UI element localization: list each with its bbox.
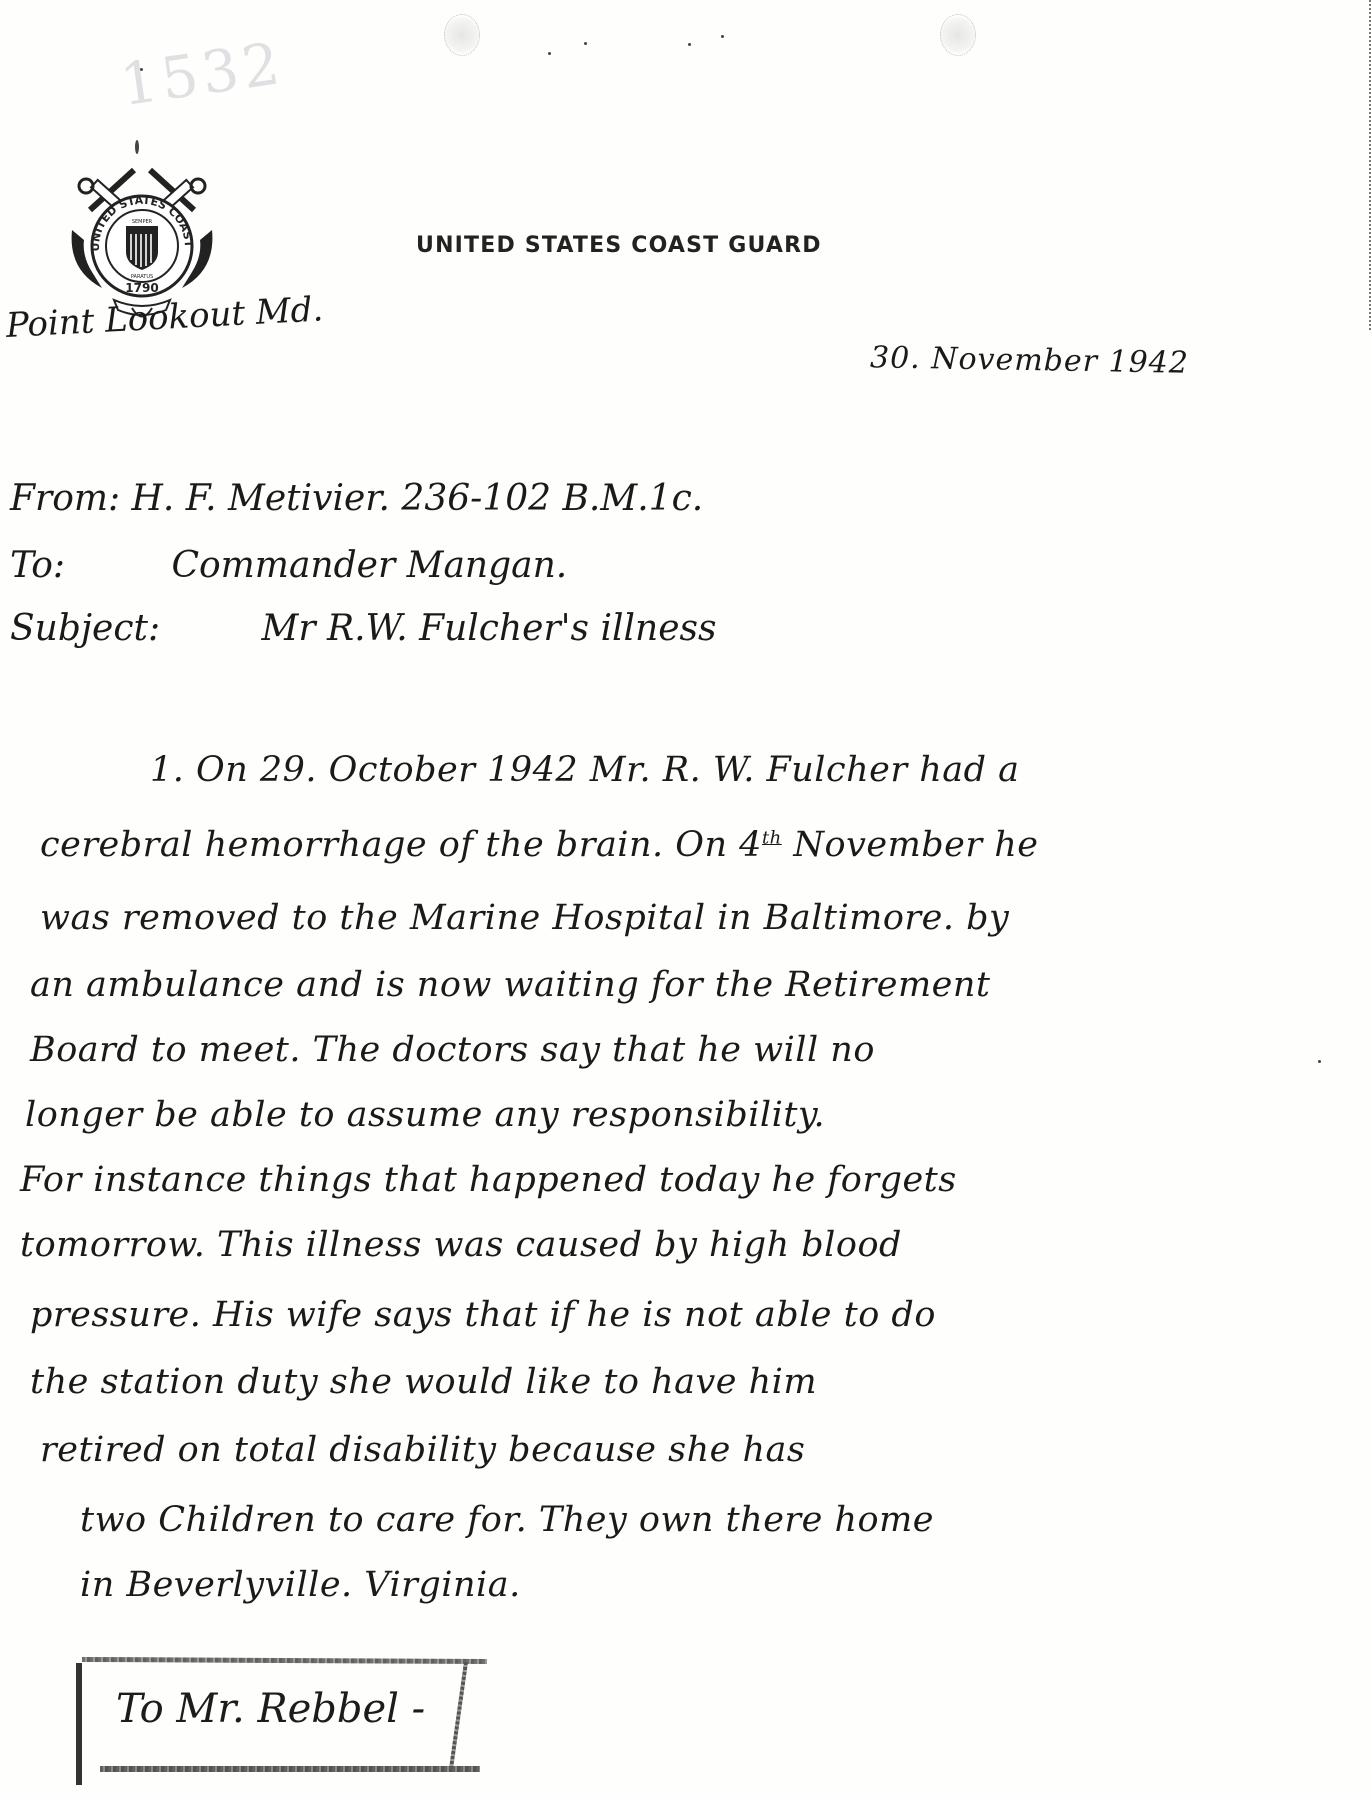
body-line: Board to meet. The doctors say that he w…	[30, 1030, 875, 1070]
speck	[584, 42, 587, 45]
speck	[721, 35, 724, 38]
box-border-bottom	[100, 1766, 480, 1772]
body-line: 1. On 29. October 1942 Mr. R. W. Fulcher…	[150, 750, 1020, 790]
subject-value: Mr R.W. Fulcher's illness	[261, 608, 716, 649]
routing-note-box: To Mr. Rebbel -	[76, 1648, 476, 1760]
body-line: two Children to care for. They own there…	[80, 1500, 934, 1540]
archival-mark: 1532	[116, 29, 287, 119]
body-line: was removed to the Marine Hospital in Ba…	[40, 898, 1009, 938]
body-line: cerebral hemorrhage of the brain. On 4th…	[40, 825, 1039, 865]
from-line: From: H. F. Metivier. 236-102 B.M.1c.	[10, 478, 703, 519]
body-line: in Beverlyville. Virginia.	[80, 1565, 521, 1605]
speck	[135, 140, 139, 154]
speck	[1318, 1060, 1321, 1063]
body-line: an ambulance and is now waiting for the …	[30, 965, 990, 1005]
box-border-right	[449, 1662, 468, 1770]
subject-line: Subject: Mr R.W. Fulcher's illness	[10, 608, 716, 649]
routing-note-text: To Mr. Rebbel -	[116, 1686, 425, 1732]
speck	[688, 43, 691, 46]
from-label: From:	[10, 478, 120, 519]
speck	[548, 52, 551, 55]
body-line: retired on total disability because she …	[40, 1430, 805, 1470]
box-border-left	[76, 1663, 82, 1785]
letter-page: 1532 UNITED STATES COAST GUARD	[0, 0, 1371, 1800]
body-line: pressure. His wife says that if he is no…	[30, 1295, 936, 1335]
svg-text:1790: 1790	[125, 281, 158, 295]
to-line: To: Commander Mangan.	[10, 545, 567, 586]
svg-text:PARATUS: PARATUS	[131, 274, 153, 280]
place-of-writing: Point Lookout Md.	[5, 289, 324, 346]
body-line: For instance things that happened today …	[20, 1160, 957, 1200]
body-line: longer be able to assume any responsibil…	[25, 1095, 825, 1135]
box-border-top	[82, 1657, 487, 1664]
punch-hole-right	[940, 14, 976, 56]
body-line: tomorrow. This illness was caused by hig…	[20, 1225, 902, 1265]
scan-edge	[1366, 0, 1371, 330]
letterhead-title: UNITED STATES COAST GUARD	[416, 233, 822, 258]
to-value: Commander Mangan.	[171, 545, 567, 586]
punch-hole-left	[444, 14, 480, 56]
to-label: To:	[10, 545, 160, 586]
from-value: H. F. Metivier. 236-102 B.M.1c.	[131, 478, 703, 519]
letter-date: 30. November 1942	[870, 340, 1189, 381]
body-line: the station duty she would like to have …	[30, 1362, 817, 1402]
svg-text:SEMPER: SEMPER	[132, 219, 153, 225]
subject-label: Subject:	[10, 608, 250, 649]
